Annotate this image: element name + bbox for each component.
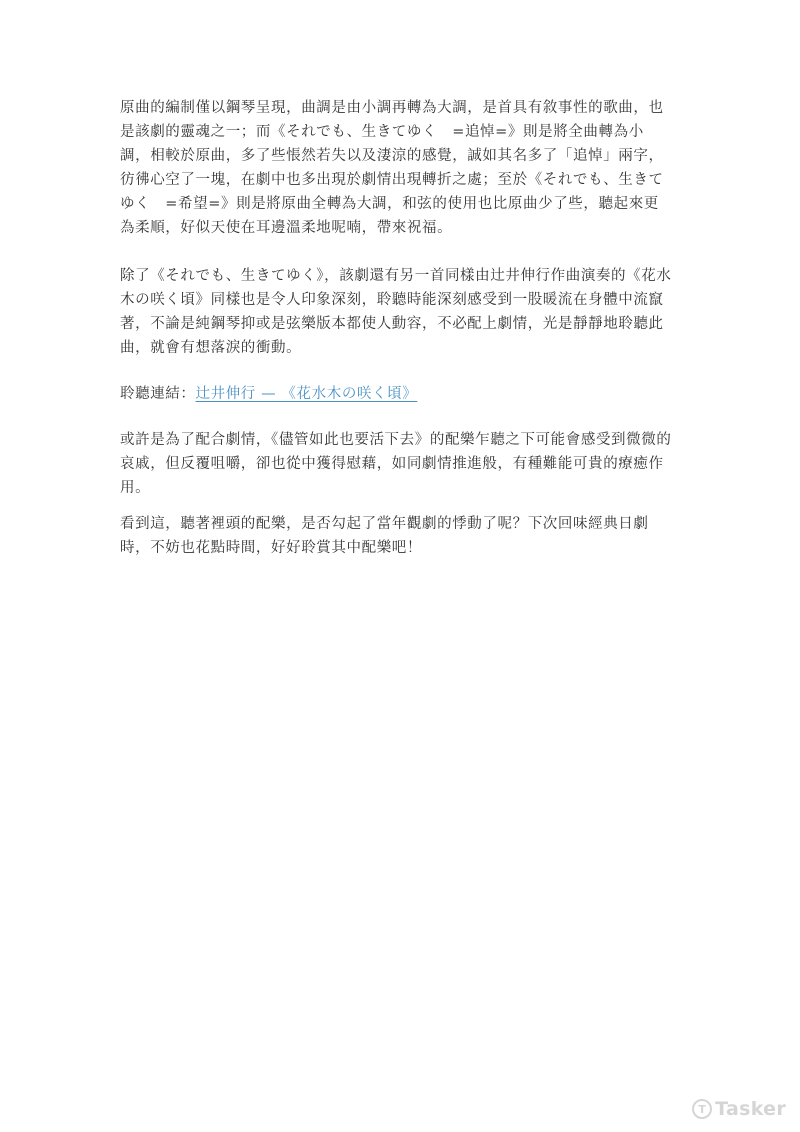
listen-link[interactable]: 辻井伸行 — 《花水木の咲く頃》 bbox=[196, 386, 418, 402]
tasker-logo-icon: T bbox=[692, 1099, 712, 1119]
paragraph-soundtrack-healing: 或許是為了配合劇情，《儘管如此也要活下去》的配樂乍聽之下可能會感受到微微的哀戚，… bbox=[120, 428, 672, 500]
paragraph-conclusion: 看到這，聽著裡頭的配樂，是否勾起了當年觀劇的悸動了呢？下次回味經典日劇時，不妨也… bbox=[120, 512, 672, 560]
paragraph-original-song: 原曲的編制僅以鋼琴呈現，曲調是由小調再轉為大調，是首具有敘事性的歌曲，也是該劇的… bbox=[120, 96, 672, 240]
listen-link-label: 聆聽連結： bbox=[120, 386, 196, 402]
listen-link-row: 聆聽連結：辻井伸行 — 《花水木の咲く頃》 bbox=[120, 382, 672, 406]
tasker-watermark: T Tasker bbox=[692, 1098, 786, 1120]
paragraph-hanamizuki: 除了《それでも、生きてゆく》，該劇還有另一首同樣由辻井伸行作曲演奏的《花水木の咲… bbox=[120, 264, 672, 360]
article-body: 原曲的編制僅以鋼琴呈現，曲調是由小調再轉為大調，是首具有敘事性的歌曲，也是該劇的… bbox=[120, 96, 672, 560]
tasker-logo-text: Tasker bbox=[715, 1098, 786, 1120]
